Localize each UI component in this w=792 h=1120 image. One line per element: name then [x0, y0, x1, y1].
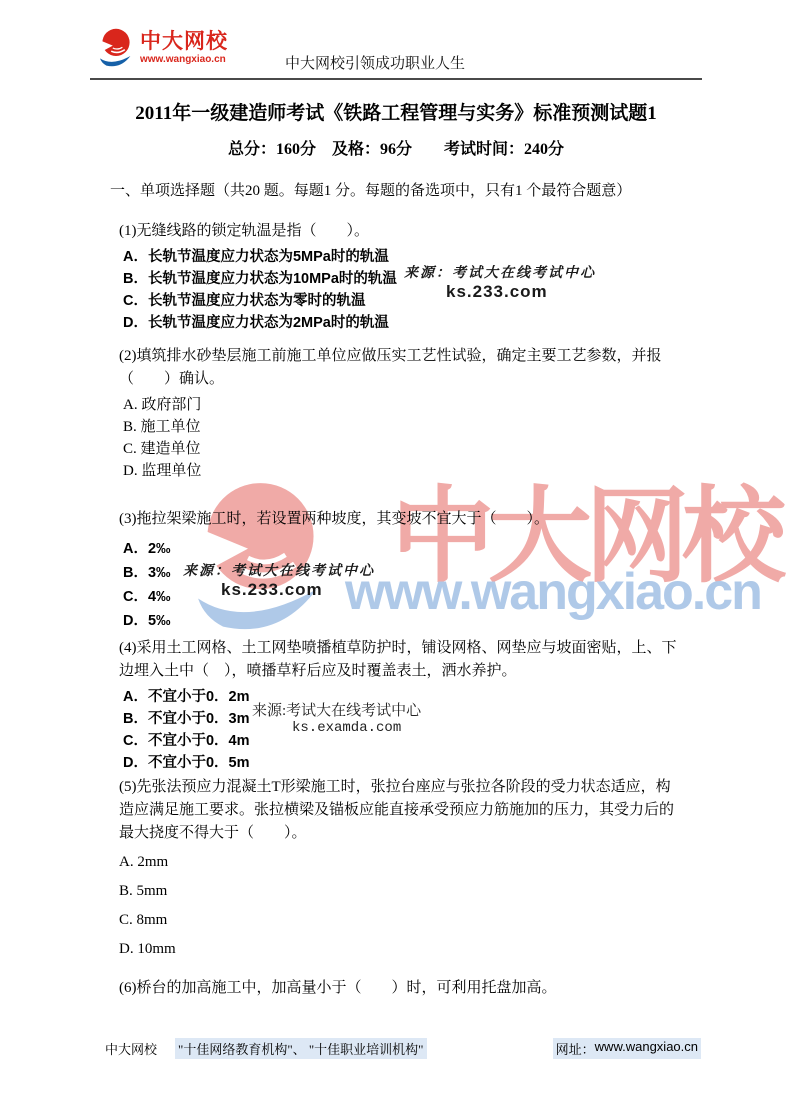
question-3-option-d: D．5‰: [123, 609, 684, 633]
question-5-option-b: B. 5mm: [119, 877, 684, 906]
site-logo-bird-icon: [96, 28, 136, 68]
question-5-option-a: A. 2mm: [119, 848, 684, 877]
question-4-text: (4)采用土工网格、土工网垫喷播植草防护时，铺设网格、网垫应与坡面密贴，上、下边…: [119, 637, 684, 683]
question-2-options: A. 政府部门 B. 施工单位 C. 建造单位 D. 监理单位: [119, 394, 684, 482]
source-watermark-2-site: ks.233.com: [221, 580, 375, 600]
page-footer: 中大网校 "十佳网络教育机构"、 "十佳职业培训机构" 网址： www.wang…: [105, 1038, 701, 1059]
question-5: (5)先张法预应力混凝土T形梁施工时，张拉台座应与张拉各阶段的受力状态适应，构造…: [119, 776, 684, 964]
question-1-text: (1)无缝线路的锁定轨温是指（ ）。: [119, 220, 684, 243]
source-watermark-3: 来源:考试大在线考试中心 ks.examda.com: [252, 699, 421, 736]
exam-title: 2011年一级建造师考试《铁路工程管理与实务》标准预测试题1: [0, 98, 792, 125]
question-2-option-d: D. 监理单位: [123, 460, 684, 482]
question-6-text: (6)桥台的加高施工中，加高量小于（ ）时，可利用托盘加高。: [119, 977, 684, 1000]
question-2-option-a: A. 政府部门: [123, 394, 684, 416]
question-6: (6)桥台的加高施工中，加高量小于（ ）时，可利用托盘加高。: [119, 977, 684, 1000]
question-5-options: A. 2mm B. 5mm C. 8mm D. 10mm: [119, 848, 684, 964]
site-logo-url: www.wangxiao.cn: [140, 55, 228, 65]
exam-score-info: 总分：160分 及格：96分 考试时间：240分: [0, 136, 792, 159]
footer-url: www.wangxiao.cn: [595, 1039, 698, 1058]
question-1-option-d: D．长轨节温度应力状态为2MPa时的轨温: [123, 312, 684, 334]
question-4-option-d: D．不宜小于0．5m: [123, 752, 684, 774]
header-tagline: 中大网校引领成功职业人生: [285, 52, 465, 73]
question-5-text: (5)先张法预应力混凝土T形梁施工时，张拉台座应与张拉各阶段的受力状态适应，构造…: [119, 776, 684, 845]
source-watermark-3-text: 来源:考试大在线考试中心: [252, 699, 421, 720]
site-logo-name: 中大网校: [140, 31, 228, 52]
source-watermark-2-text: 来源：考试大在线考试中心: [183, 560, 375, 580]
question-5-option-d: D. 10mm: [119, 935, 684, 964]
footer-honors: "十佳网络教育机构"、 "十佳职业培训机构": [175, 1038, 426, 1059]
source-watermark-3-site: ks.examda.com: [292, 720, 421, 736]
source-watermark-1-text: 来源：考试大在线考试中心: [404, 262, 596, 282]
site-logo: 中大网校 www.wangxiao.cn: [96, 28, 228, 68]
question-2-text: (2)填筑排水砂垫层施工前施工单位应做压实工艺性试验，确定主要工艺参数，并报（ …: [119, 345, 684, 391]
source-watermark-2: 来源：考试大在线考试中心 ks.233.com: [183, 560, 375, 600]
site-logo-text: 中大网校 www.wangxiao.cn: [140, 31, 228, 65]
question-1: (1)无缝线路的锁定轨温是指（ ）。 A．长轨节温度应力状态为5MPa时的轨温 …: [119, 220, 684, 334]
question-2: (2)填筑排水砂垫层施工前施工单位应做压实工艺性试验，确定主要工艺参数，并报（ …: [119, 345, 684, 482]
source-watermark-1: 来源：考试大在线考试中心 ks.233.com: [404, 262, 596, 302]
footer-site-name: 中大网校: [105, 1039, 157, 1058]
page-header: 中大网校 www.wangxiao.cn 中大网校引领成功职业人生: [90, 26, 702, 80]
footer-url-group: 网址： www.wangxiao.cn: [553, 1038, 701, 1059]
document-page: 中大网校 www.wangxiao.cn 中大网校 www.wangxiao.c…: [0, 0, 792, 1120]
question-2-option-c: C. 建造单位: [123, 438, 684, 460]
source-watermark-1-site: ks.233.com: [446, 282, 596, 302]
question-3-option-a: A．2‰: [123, 537, 684, 561]
section-heading: 一、单项选择题（共20 题。每题1 分。每题的备选项中，只有1 个最符合题意）: [110, 179, 690, 200]
question-5-option-c: C. 8mm: [119, 906, 684, 935]
question-1-options: A．长轨节温度应力状态为5MPa时的轨温 B．长轨节温度应力状态为10MPa时的…: [119, 246, 684, 334]
question-3-text: (3)拖拉架梁施工时，若设置两种坡度，其变坡不宜大于（ ）。: [119, 508, 684, 531]
footer-url-label: 网址：: [556, 1039, 595, 1058]
question-2-option-b: B. 施工单位: [123, 416, 684, 438]
